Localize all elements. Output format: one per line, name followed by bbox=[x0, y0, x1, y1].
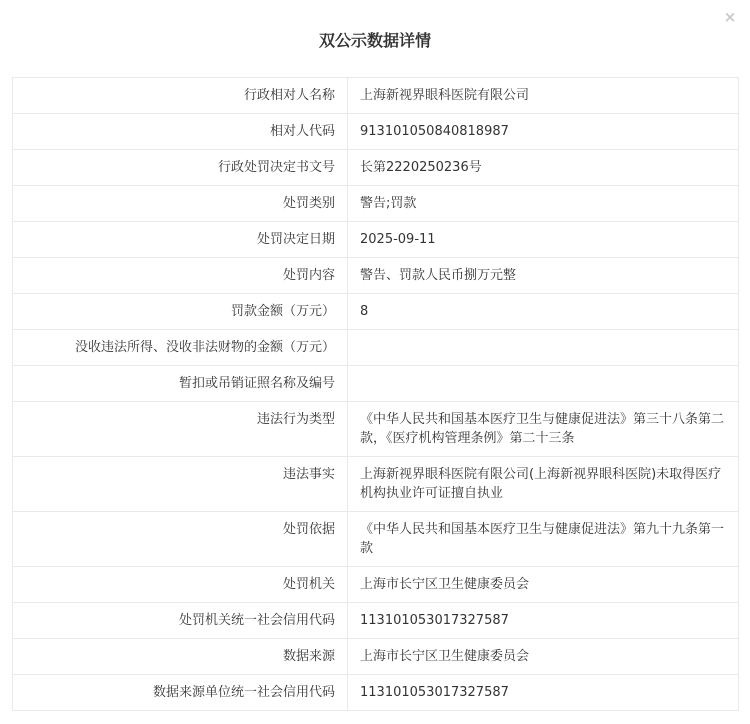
field-label: 处罚内容 bbox=[13, 258, 348, 294]
field-label: 处罚依据 bbox=[13, 512, 348, 567]
table-row: 行政相对人名称 上海新视界眼科医院有限公司 bbox=[13, 78, 739, 114]
field-value: 上海新视界眼科医院有限公司(上海新视界眼科医院)未取得医疗机构执业许可证擅自执业 bbox=[348, 457, 739, 512]
table-row: 违法行为类型 《中华人民共和国基本医疗卫生与健康促进法》第三十八条第二款，《医疗… bbox=[13, 402, 739, 457]
field-label: 数据来源单位统一社会信用代码 bbox=[13, 675, 348, 711]
field-value: 警告、罚款人民币捌万元整 bbox=[348, 258, 739, 294]
field-label: 违法事实 bbox=[13, 457, 348, 512]
table-row: 处罚机关 上海市长宁区卫生健康委员会 bbox=[13, 567, 739, 603]
table-row: 暂扣或吊销证照名称及编号 bbox=[13, 366, 739, 402]
table-row: 相对人代码 913101050840818987 bbox=[13, 114, 739, 150]
field-value: 《中华人民共和国基本医疗卫生与健康促进法》第九十九条第一款 bbox=[348, 512, 739, 567]
table-row: 处罚依据 《中华人民共和国基本医疗卫生与健康促进法》第九十九条第一款 bbox=[13, 512, 739, 567]
field-label: 相对人代码 bbox=[13, 114, 348, 150]
field-value: 上海市长宁区卫生健康委员会 bbox=[348, 567, 739, 603]
table-row: 数据来源 上海市长宁区卫生健康委员会 bbox=[13, 639, 739, 675]
field-label: 处罚机关 bbox=[13, 567, 348, 603]
field-label: 罚款金额（万元） bbox=[13, 294, 348, 330]
field-label: 处罚决定日期 bbox=[13, 222, 348, 258]
field-label: 暂扣或吊销证照名称及编号 bbox=[13, 366, 348, 402]
field-value bbox=[348, 330, 739, 366]
field-value: 113101053017327587 bbox=[348, 675, 739, 711]
table-row: 违法事实 上海新视界眼科医院有限公司(上海新视界眼科医院)未取得医疗机构执业许可… bbox=[13, 457, 739, 512]
table-row: 处罚机关统一社会信用代码 113101053017327587 bbox=[13, 603, 739, 639]
field-label: 行政处罚决定书文号 bbox=[13, 150, 348, 186]
table-row: 罚款金额（万元） 8 bbox=[13, 294, 739, 330]
field-label: 处罚机关统一社会信用代码 bbox=[13, 603, 348, 639]
table-row: 处罚类别 警告;罚款 bbox=[13, 186, 739, 222]
field-value: 113101053017327587 bbox=[348, 603, 739, 639]
close-icon[interactable]: × bbox=[721, 8, 739, 26]
table-row: 处罚内容 警告、罚款人民币捌万元整 bbox=[13, 258, 739, 294]
table-row: 没收违法所得、没收非法财物的金额（万元） bbox=[13, 330, 739, 366]
table-row: 处罚决定日期 2025-09-11 bbox=[13, 222, 739, 258]
field-label: 处罚类别 bbox=[13, 186, 348, 222]
field-label: 行政相对人名称 bbox=[13, 78, 348, 114]
field-value: 上海市长宁区卫生健康委员会 bbox=[348, 639, 739, 675]
dialog-title: 双公示数据详情 bbox=[0, 29, 750, 53]
field-value: 警告;罚款 bbox=[348, 186, 739, 222]
field-value bbox=[348, 366, 739, 402]
table-row: 数据来源单位统一社会信用代码 113101053017327587 bbox=[13, 675, 739, 711]
field-value: 2025-09-11 bbox=[348, 222, 739, 258]
field-label: 违法行为类型 bbox=[13, 402, 348, 457]
field-label: 数据来源 bbox=[13, 639, 348, 675]
field-value: 长第2220250236号 bbox=[348, 150, 739, 186]
field-value: 上海新视界眼科医院有限公司 bbox=[348, 78, 739, 114]
field-label: 没收违法所得、没收非法财物的金额（万元） bbox=[13, 330, 348, 366]
table-row: 行政处罚决定书文号 长第2220250236号 bbox=[13, 150, 739, 186]
field-value: 8 bbox=[348, 294, 739, 330]
field-value: 913101050840818987 bbox=[348, 114, 739, 150]
penalty-detail-table: 行政相对人名称 上海新视界眼科医院有限公司 相对人代码 913101050840… bbox=[12, 77, 739, 711]
field-value: 《中华人民共和国基本医疗卫生与健康促进法》第三十八条第二款，《医疗机构管理条例》… bbox=[348, 402, 739, 457]
